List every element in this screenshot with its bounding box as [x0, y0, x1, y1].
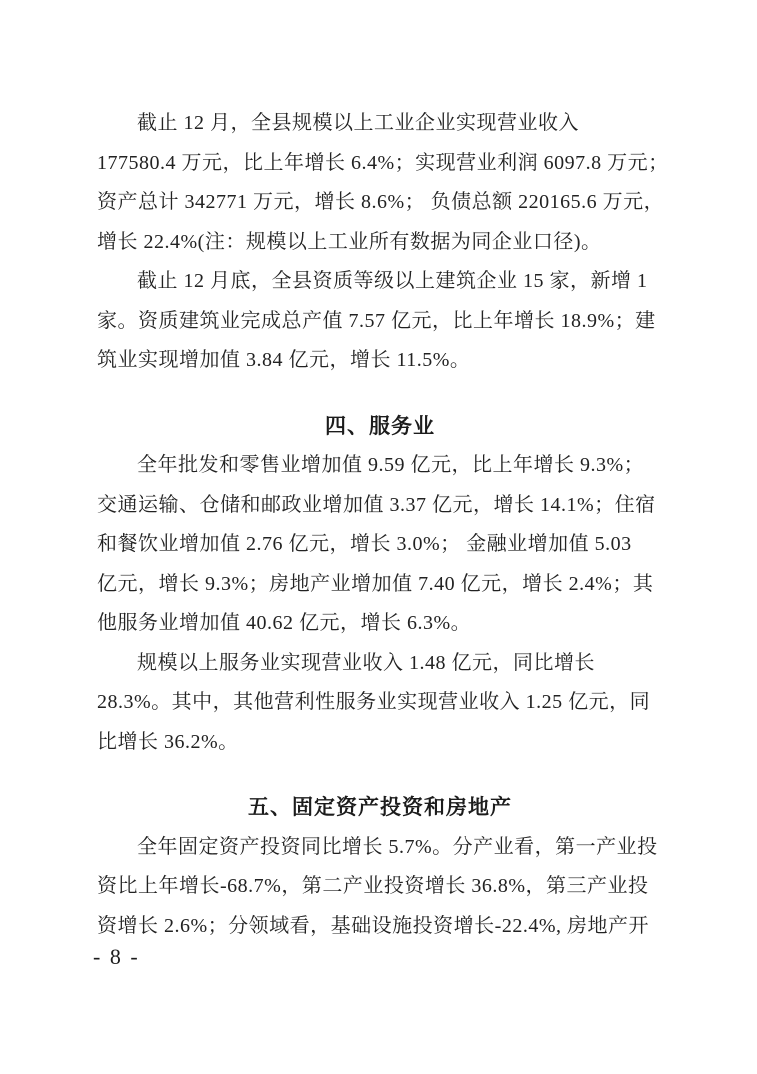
- text-line: 增长 22.4%(注：规模以上工业所有数据为同企业口径)。: [97, 223, 663, 263]
- text-line: 截止 12 月，全县规模以上工业企业实现营业收入: [97, 104, 663, 144]
- investment-paragraph: 全年固定资产投资同比增长 5.7%。分产业看，第一产业投 资比上年增长-68.7…: [97, 828, 663, 947]
- text-line: 他服务业增加值 40.62 亿元，增长 6.3%。: [97, 604, 663, 644]
- document-page: 截止 12 月，全县规模以上工业企业实现营业收入 177580.4 万元，比上年…: [0, 0, 757, 1074]
- text-line: 家。资质建筑业完成总产值 7.57 亿元，比上年增长 18.9%；建: [97, 302, 663, 342]
- text-line: 28.3%。其中，其他营利性服务业实现营业收入 1.25 亿元，同: [97, 683, 663, 723]
- text-line: 亿元，增长 9.3%；房地产业增加值 7.40 亿元，增长 2.4%；其: [97, 565, 663, 605]
- services-revenue-paragraph: 规模以上服务业实现营业收入 1.48 亿元，同比增长 28.3%。其中，其他营利…: [97, 644, 663, 763]
- investment-section-heading: 五、固定资产投资和房地产: [97, 788, 663, 828]
- page-number: - 8 -: [93, 942, 140, 972]
- text-line: 和餐饮业增加值 2.76 亿元，增长 3.0%； 金融业增加值 5.03: [97, 525, 663, 565]
- text-line: 资增长 2.6%；分领域看，基础设施投资增长-22.4%, 房地产开: [97, 907, 663, 947]
- construction-paragraph: 截止 12 月底，全县资质等级以上建筑企业 15 家，新增 1 家。资质建筑业完…: [97, 262, 663, 381]
- text-line: 177580.4 万元，比上年增长 6.4%；实现营业利润 6097.8 万元；: [97, 144, 663, 184]
- services-paragraph: 全年批发和零售业增加值 9.59 亿元，比上年增长 9.3%； 交通运输、仓储和…: [97, 446, 663, 644]
- document-content: 截止 12 月，全县规模以上工业企业实现营业收入 177580.4 万元，比上年…: [97, 0, 663, 946]
- services-section-heading: 四、服务业: [97, 407, 663, 447]
- text-line: 截止 12 月底，全县资质等级以上建筑企业 15 家，新增 1: [97, 262, 663, 302]
- text-line: 筑业实现增加值 3.84 亿元，增长 11.5%。: [97, 341, 663, 381]
- industry-paragraph: 截止 12 月，全县规模以上工业企业实现营业收入 177580.4 万元，比上年…: [97, 104, 663, 262]
- text-line: 全年批发和零售业增加值 9.59 亿元，比上年增长 9.3%；: [97, 446, 663, 486]
- text-line: 规模以上服务业实现营业收入 1.48 亿元，同比增长: [97, 644, 663, 684]
- text-line: 资产总计 342771 万元，增长 8.6%； 负债总额 220165.6 万元…: [97, 183, 663, 223]
- text-line: 资比上年增长-68.7%，第二产业投资增长 36.8%，第三产业投: [97, 867, 663, 907]
- text-line: 交通运输、仓储和邮政业增加值 3.37 亿元，增长 14.1%；住宿: [97, 486, 663, 526]
- text-line: 全年固定资产投资同比增长 5.7%。分产业看，第一产业投: [97, 828, 663, 868]
- text-line: 比增长 36.2%。: [97, 723, 663, 763]
